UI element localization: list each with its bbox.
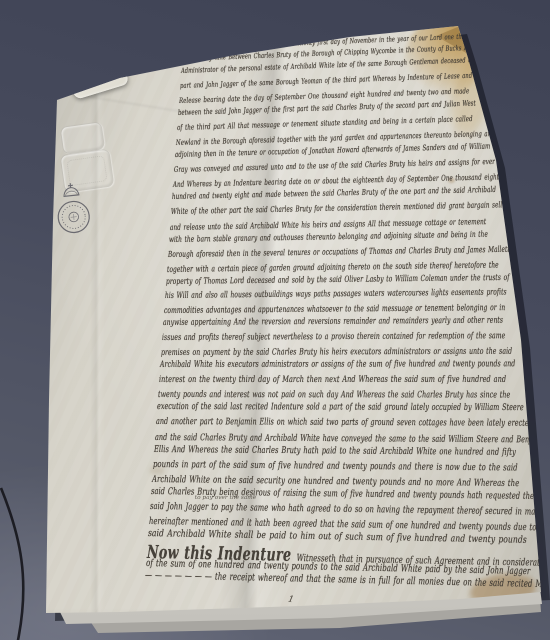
manuscript-line: interest on the twenty third day of Marc…: [159, 376, 413, 385]
manuscript-line: commodities advantages and appurtenances…: [164, 305, 397, 316]
manuscript-line: premises on payment by the said Charles …: [161, 348, 400, 358]
manuscript-line: part and John Jagger of the same Borough…: [180, 75, 381, 89]
manuscript-line: together with a certain piece of garden …: [167, 262, 394, 273]
manuscript-line: issues and profits thereof subject never…: [162, 333, 399, 343]
manuscript-line: Gray was conveyed and assured unto and t…: [174, 161, 387, 174]
manuscript-line: anywise appertaining And the reversion a…: [163, 317, 398, 327]
indenture-paper: This Indenture made the twenty first day…: [0, 0, 550, 640]
manuscript-line: White of the other part the said Charles…: [171, 204, 390, 216]
manuscript-line: Archibald White his executors administra…: [160, 361, 401, 370]
interlineation: to pay over the same: [195, 495, 256, 501]
manuscript-lines: This Indenture made the twenty first day…: [0, 0, 550, 640]
manuscript-line: between the said John Jagger of the firs…: [178, 102, 383, 116]
manuscript-line: Ellis And Whereas the said Charles Bruty…: [154, 445, 413, 456]
manuscript-line: adjoining then in the tenure or occupati…: [175, 145, 386, 158]
manuscript-line: his Will and also all houses outbuilding…: [165, 290, 396, 301]
manuscript-line: said Archibald White shall be paid to hi…: [148, 529, 443, 544]
manuscript-line: property of Thomas Lord deceased and sol…: [166, 274, 395, 285]
manuscript-line: pounds in part of the said sum of five h…: [153, 460, 420, 472]
manuscript-line: Borough aforesaid then in the several te…: [168, 247, 393, 259]
manuscript-line: execution of the said last recited Inden…: [157, 403, 404, 413]
manuscript-line: and another part to Benjamin Ellis on wh…: [156, 418, 405, 428]
manuscript-line: said John Jagger to pay the same who hat…: [150, 502, 411, 515]
manuscript-line: and release unto the said Archibald Whit…: [170, 219, 392, 231]
manuscript-line: with the barn stable granary and outhous…: [169, 231, 393, 243]
manuscript-line: of the third part All that messuage or t…: [177, 118, 390, 132]
manuscript-line: hundred and twenty eight and made betwee…: [172, 188, 389, 201]
manuscript-line: said Charles Bruty being desirous of rai…: [151, 487, 410, 500]
photograph-scene: This Indenture made the twenty first day…: [0, 0, 550, 640]
manuscript-line: and the said Charles Bruty and Archibald…: [155, 433, 406, 444]
manuscript-line: twenty pounds and interest was not paid …: [158, 391, 403, 400]
